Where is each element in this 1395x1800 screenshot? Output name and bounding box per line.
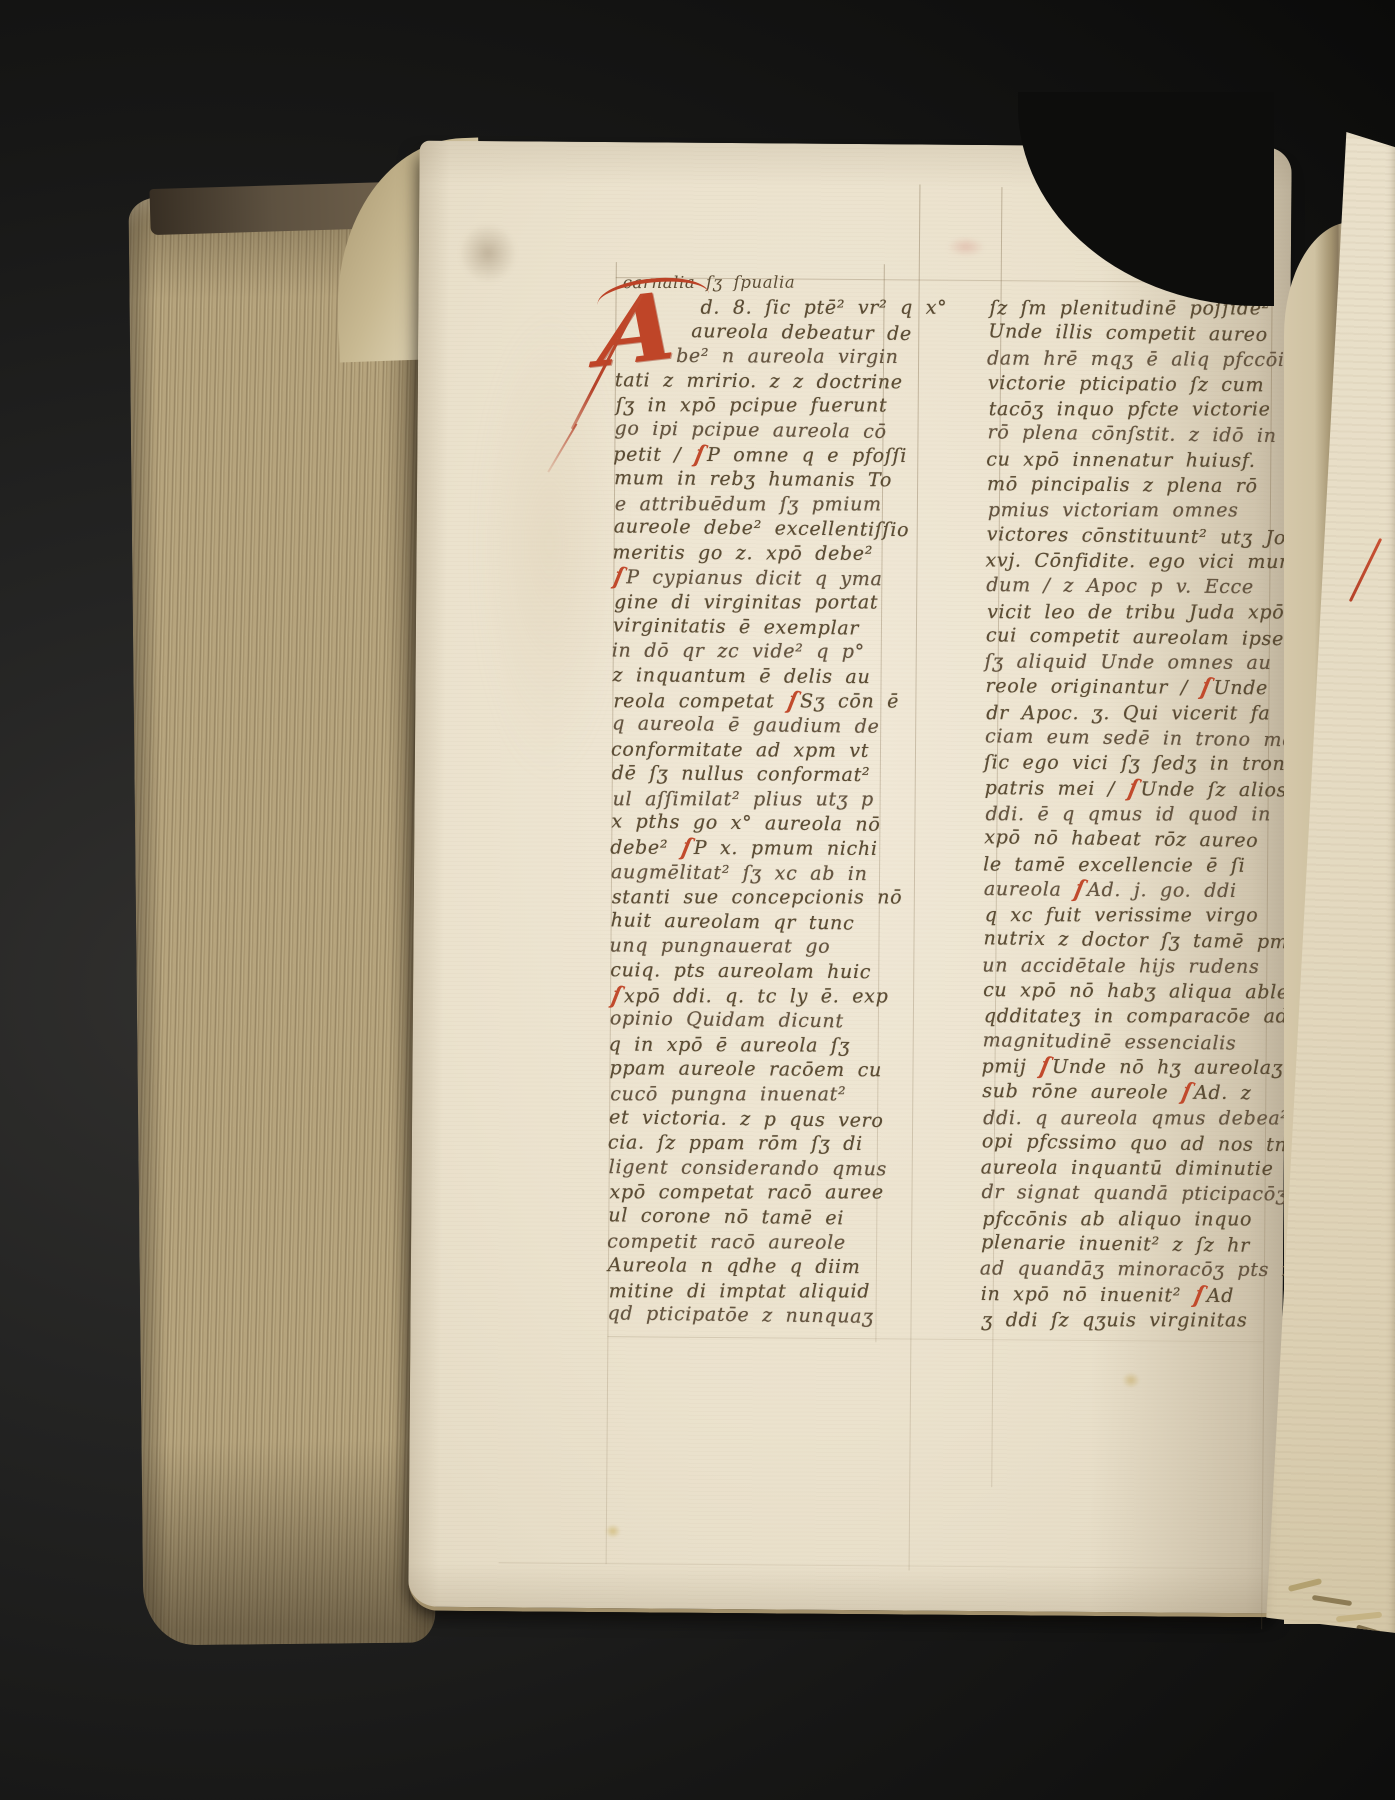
manuscript-line: cu xpō nō habʒ aliqua able <box>983 978 1301 1006</box>
manuscript-line: meritis go z. xpō debe² <box>612 540 922 566</box>
manuscript-line: dr Apoc. ʒ. Qui vicerit fa <box>986 701 1304 727</box>
manuscript-line: z inquantum ē delis au <box>612 663 922 690</box>
manuscript-line: reola competat ſSʒ cōn ē <box>613 689 923 714</box>
manuscript-line: opinio Quidam dicunt <box>610 1007 920 1036</box>
manuscript-line: magnitudinē essencialis <box>983 1028 1301 1057</box>
manuscript-line: reole originantur / ſUnde <box>985 675 1303 703</box>
manuscript-line: ligent considerando qmus <box>609 1155 919 1182</box>
manuscript-line: q aureola ē gaudium de <box>612 711 922 740</box>
manuscript-photo: carnalia ſʒ ſpualia A d. 8. ſic ptē² vr²… <box>0 0 1395 1800</box>
manuscript-line: dē ſʒ nullus conformat² <box>612 761 922 788</box>
manuscript-line: pmius victoriam omnes <box>988 499 1306 525</box>
manuscript-line: e attribuēdum ſʒ pmium <box>615 492 925 517</box>
stain-yellow-2 <box>1122 1372 1140 1388</box>
manuscript-line: aureola inquantū diminutie <box>981 1156 1299 1183</box>
stain-yellow-1 <box>605 1524 621 1538</box>
manuscript-line: cucō pungna inuenat² <box>610 1082 920 1107</box>
manuscript-line: qd pticipatōe z nunquaʒ <box>607 1302 917 1331</box>
manuscript-line: et victoria. z p qus vero <box>609 1105 919 1134</box>
manuscript-line: cuiq. pts aureolam huic <box>610 958 920 985</box>
manuscript-line: dam hrē mqʒ ē aliq pfccōis <box>987 346 1305 373</box>
manuscript-line: ad quandāʒ minoracōʒ pts xe <box>980 1257 1298 1284</box>
manuscript-line: ʒ ddi ſz qʒuis virginitas <box>982 1308 1300 1334</box>
manuscript-line: q xc fuit verissime virgo <box>985 903 1303 929</box>
manuscript-line: xpō competat racō auree <box>610 1181 920 1206</box>
stain-blotch <box>459 223 517 283</box>
manuscript-line: ſxpō ddi. q. tc ly ē. exp <box>611 984 921 1009</box>
manuscript-line: nutrix z doctor ſʒ tamē pmi <box>983 927 1301 956</box>
fore-edge-page-stack <box>128 195 435 1646</box>
manuscript-line: gine di virginitas portat <box>614 590 924 615</box>
manuscript-line: mō pincipalis z plena rō <box>987 472 1305 500</box>
manuscript-line: ddi. ē q qmus id quod in <box>986 802 1304 828</box>
manuscript-line: aureola debeatur de <box>691 319 925 347</box>
manuscript-line: ddi. q aureola qmus debea² <box>983 1106 1301 1132</box>
manuscript-line: rō plena cōnſstit. z idō in <box>987 421 1305 450</box>
manuscript-line: in dō qr zc vide² q p° <box>612 639 922 665</box>
manuscript-line: q in xpō ē aureola ſʒ <box>609 1032 919 1058</box>
manuscript-line: ciam eum sedē in trono meo <box>985 724 1303 753</box>
manuscript-line: virginitatis ē exemplar <box>613 613 923 642</box>
manuscript-line: plenarie inuenit² z ſz hr <box>981 1230 1299 1259</box>
manuscript-line: debe² ſP x. pmum nichi <box>610 836 920 862</box>
manuscript-line: huit aureolam qr tunc <box>611 908 921 937</box>
manuscript-line: d. 8. ſic ptē² vr² q x° <box>700 296 926 321</box>
manuscript-line: ſP cypianus dicit q yma <box>613 565 923 592</box>
manuscript-line: ſʒ in xpō pcipue fuerunt <box>616 394 926 419</box>
manuscript-line: stanti sue concepcionis nō <box>612 885 922 910</box>
manuscript-line: qdditateʒ in comparacōe ad <box>984 1004 1302 1030</box>
manuscript-line: xpō nō habeat rōz aureo <box>984 825 1302 854</box>
manuscript-line: competit racō aureole <box>607 1229 917 1255</box>
manuscript-line: pmij ſUnde nō hʒ aureolaʒ <box>981 1054 1299 1081</box>
manuscript-line: dum / z Apoc p v. Ecce <box>986 573 1304 601</box>
manuscript-line: aureola ſAd. j. go. ddi <box>984 877 1302 905</box>
manuscript-line: vicit leo de tribu Juda xpō <box>987 600 1305 626</box>
manuscript-line: in xpō nō inuenit² ſAd <box>981 1282 1299 1310</box>
text-column-right: ſz ſm plenitudinē poſſidē²Unde illis com… <box>980 295 1306 1335</box>
stain-pink <box>947 237 985 257</box>
manuscript-line: unq pungnauerat go <box>609 934 919 960</box>
manuscript-line: go ipi pcipue aureola cō <box>614 416 924 445</box>
manuscript-line: ul aſſimilat² plius utʒ p <box>613 787 923 812</box>
manuscript-line: ppam aureole racōem cu <box>609 1057 919 1084</box>
manuscript-line: ſic ego vici ſʒ ſedʒ in trono <box>984 751 1302 778</box>
manuscript-line: Aureola n qdhe q diim <box>608 1253 918 1280</box>
manuscript-line: cui competit aureolam ipse <box>986 623 1304 652</box>
manuscript-line: x pths go x° aureola nō <box>611 810 921 839</box>
manuscript-line: victorie pticipatio ſz cum <box>988 371 1306 399</box>
text-column-left: d. 8. ſic ptē² vr² q x°aureola debeatur … <box>607 294 925 1329</box>
manuscript-line: victores cōnstituunt² utʒ Jo. <box>987 522 1305 551</box>
manuscript-line: be² n aureola virgin <box>676 344 924 370</box>
open-manuscript-page: carnalia ſʒ ſpualia A d. 8. ſic ptē² vr²… <box>408 141 1292 1618</box>
manuscript-line: un accidētale hijs rudens <box>982 953 1300 980</box>
red-paraph-mark: ſ <box>611 560 627 594</box>
manuscript-line: dr signat quandā pticipacōʒ <box>981 1180 1299 1208</box>
manuscript-line: petit / ſP omne q e pfoſſi <box>613 442 923 468</box>
manuscript-line: xvj. Cōnfidite. ego vici mun <box>985 548 1303 575</box>
manuscript-line: sub rōne aureole ſAd. z <box>982 1079 1300 1107</box>
manuscript-line: cu xpō innenatur huiusf. <box>986 447 1304 474</box>
manuscript-line: opi pfcssimo quo ad nos tn <box>982 1129 1300 1158</box>
manuscript-line: mum in rebʒ humanis To <box>614 466 924 493</box>
manuscript-line: aureole debe² excellentiſſio <box>614 515 924 544</box>
manuscript-line: patris mei / ſUnde ſz alios <box>985 776 1303 804</box>
manuscript-line: conformitate ad xpm vt <box>611 737 921 763</box>
manuscript-line: ſʒ aliquid Unde omnes au <box>985 650 1303 677</box>
manuscript-line: mitine di imptat aliquid <box>609 1279 919 1304</box>
manuscript-line: le tamē excellencie ē ſi <box>983 852 1301 879</box>
manuscript-line: pfccōnis ab aliquo inquo <box>982 1207 1300 1233</box>
manuscript-line: cia. ſz ppam rōm ſʒ di <box>608 1131 918 1157</box>
manuscript-line: tati z mririo. z z doctrine <box>615 368 925 395</box>
manuscript-line: ul corone nō tamē ei <box>608 1203 918 1232</box>
manuscript-line: tacōʒ inquo pfcte victorie <box>989 397 1307 423</box>
manuscript-line: Unde illis competit aureo <box>988 320 1306 349</box>
manuscript-line: augmēlitat² ſʒ xc ab in <box>611 860 921 887</box>
